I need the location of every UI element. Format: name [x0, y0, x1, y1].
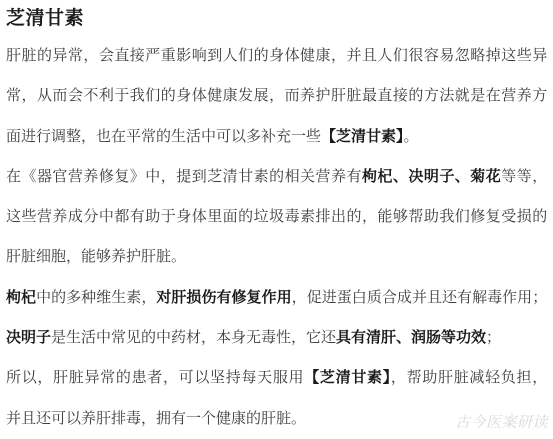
bold-text-run: 枸杞、决明子、菊花 — [362, 168, 501, 185]
text-run: 在《器官营养修复》中，提到芝清甘素的相关营养有 — [6, 168, 362, 185]
text-run: 面进行调整，也在平常的生活中可以多补充一些 — [6, 128, 321, 145]
text-run: ，帮助肝脏减轻负担， — [391, 369, 547, 386]
text-run: ，促进蛋白质合成并且还有解毒作用； — [292, 289, 547, 306]
text-line: 所以，肝脏异常的患者，可以坚持每天服用【芝清甘素】，帮助肝脏减轻负担， — [6, 358, 547, 398]
article-body: 肝脏的异常，会直接严重影响到人们的身体健康，并且人们很容易忽略掉这些异常，从而会… — [6, 36, 547, 439]
paragraph: 决明子是生活中常见的中药材，本身无毒性，它还具有清肝、润肠等功效； — [6, 318, 547, 358]
text-line: 肝脏的异常，会直接严重影响到人们的身体健康，并且人们很容易忽略掉这些异 — [6, 36, 547, 76]
text-line: 在《器官营养修复》中，提到芝清甘素的相关营养有枸杞、决明子、菊花等等， — [6, 157, 547, 197]
paragraph: 在《器官营养修复》中，提到芝清甘素的相关营养有枸杞、决明子、菊花等等，这些营养成… — [6, 157, 547, 278]
article-title: 芝清甘素 — [6, 0, 547, 36]
text-line: 肝脏细胞，能够养护肝脏。 — [6, 237, 547, 277]
text-run: 是生活中常见的中药材，本身无毒性，它还 — [51, 329, 336, 346]
text-run: 常，从而会不利于我们的身体健康发展，而养护肝脏最直接的方法就是在营养方 — [6, 87, 547, 104]
text-run: ； — [486, 329, 501, 346]
text-line: 这些营养成分中都有助于身体里面的垃圾毒素排出的，能够帮助我们修复受损的 — [6, 197, 547, 237]
text-run: 这些营养成分中都有助于身体里面的垃圾毒素排出的，能够帮助我们修复受损的 — [6, 208, 547, 225]
text-run: 等等， — [501, 168, 547, 185]
bold-text-run: 决明子 — [6, 329, 51, 346]
text-run: 所以，肝脏异常的患者，可以坚持每天服用 — [6, 369, 304, 386]
bold-text-run: 【芝清甘素】 — [304, 369, 391, 386]
text-line: 常，从而会不利于我们的身体健康发展，而养护肝脏最直接的方法就是在营养方 — [6, 76, 547, 116]
text-run: 。 — [404, 128, 419, 145]
text-run: 肝脏的异常，会直接严重影响到人们的身体健康，并且人们很容易忽略掉这些异 — [6, 47, 547, 64]
text-line: 枸杞中的多种维生素，对肝损伤有修复作用，促进蛋白质合成并且还有解毒作用； — [6, 278, 547, 318]
bold-text-run: 【芝清甘素】 — [321, 128, 404, 145]
article-page: 芝清甘素 肝脏的异常，会直接严重影响到人们的身体健康，并且人们很容易忽略掉这些异… — [0, 0, 553, 439]
paragraph: 肝脏的异常，会直接严重影响到人们的身体健康，并且人们很容易忽略掉这些异常，从而会… — [6, 36, 547, 157]
text-run: 肝脏细胞，能够养护肝脏。 — [6, 248, 186, 265]
bold-text-run: 对肝损伤有修复作用 — [156, 289, 291, 306]
text-run: 并且还可以养肝排毒，拥有一个健康的肝脏。 — [6, 410, 306, 427]
watermark: 古今医案研读 — [455, 411, 548, 432]
bold-text-run: 枸杞 — [6, 289, 36, 306]
text-run: 中的多种维生素， — [36, 289, 156, 306]
text-line: 决明子是生活中常见的中药材，本身无毒性，它还具有清肝、润肠等功效； — [6, 318, 547, 358]
bold-text-run: 具有清肝、润肠等功效 — [336, 329, 486, 346]
paragraph: 枸杞中的多种维生素，对肝损伤有修复作用，促进蛋白质合成并且还有解毒作用； — [6, 278, 547, 318]
text-line: 面进行调整，也在平常的生活中可以多补充一些【芝清甘素】。 — [6, 117, 547, 157]
